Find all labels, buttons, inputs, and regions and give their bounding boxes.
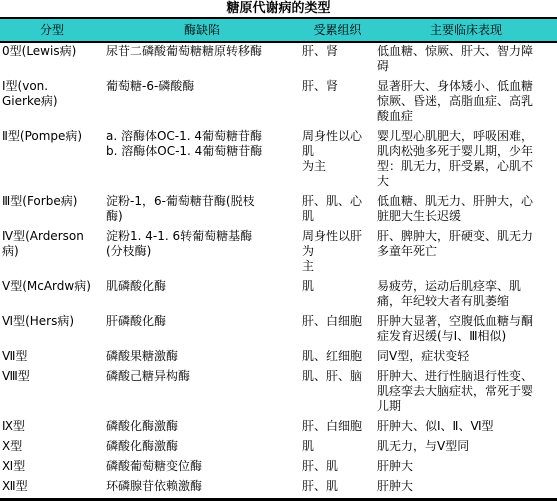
cell-clinical: 显著肝大、身体矮小、低血糖 惊厥、昏迷，高脂血症、高乳 酸血症 xyxy=(375,78,557,128)
cell-tissue: 肝、肾 xyxy=(300,42,375,78)
cell-clinical: 肝肿大、进行性脑退行性变、 肌痉挛去大脑症状，常死于婴 儿期 xyxy=(375,368,557,418)
cell-type: Ⅸ型 xyxy=(0,418,104,438)
cell-enzyme: 磷酸葡萄糖变位酶 xyxy=(104,458,300,478)
cell-tissue: 肌、肝、脑 xyxy=(300,368,375,418)
cell-enzyme: 葡萄糖-6-磷酸酶 xyxy=(104,78,300,128)
table-row: Ⅻ型 环磷腺苷依赖激酶 肝、肌 肝肿大 xyxy=(0,478,557,500)
cell-tissue: 周身性以心肌 为主 xyxy=(300,128,375,193)
cell-type: Ⅵ型(Hers病) xyxy=(0,313,104,348)
cell-tissue: 肝、白细胞 xyxy=(300,313,375,348)
cell-clinical: 肝肿大 xyxy=(375,458,557,478)
table-row: Ⅷ型 磷酸己糖异构酶 肌、肝、脑 肝肿大、进行性脑退行性变、 肌痉挛去大脑症状，… xyxy=(0,368,557,418)
glycogen-disease-table: 分型 酶缺陷 受累组织 主要临床表现 0型(Lewis病) 尿苷二磷酸葡萄糖糖原… xyxy=(0,17,557,501)
page-title: 糖原代谢病的类型 xyxy=(0,0,557,17)
cell-type: Ⅴ型(McArdw病) xyxy=(0,278,104,313)
table-row: Ⅲ型(Forbe病) 淀粉-1，6-葡萄糖苷酶(脱枝 酶) 肝、肌、心肌 低血糖… xyxy=(0,193,557,228)
table-row: Ⅸ型 磷酸化酶激酶 肝、白细胞 肝肿大、似Ⅰ、Ⅱ、Ⅵ型 xyxy=(0,418,557,438)
cell-type: Ⅲ型(Forbe病) xyxy=(0,193,104,228)
cell-clinical: 低血糖、肌无力、肝肿大，心 脏肥大生长迟缓 xyxy=(375,193,557,228)
cell-enzyme: 淀粉-1，6-葡萄糖苷酶(脱枝 酶) xyxy=(104,193,300,228)
cell-clinical: 肝肿大、似Ⅰ、Ⅱ、Ⅵ型 xyxy=(375,418,557,438)
cell-tissue: 肝、白细胞 xyxy=(300,418,375,438)
cell-tissue: 肌 xyxy=(300,278,375,313)
cell-enzyme: 尿苷二磷酸葡萄糖糖原转移酶 xyxy=(104,42,300,78)
cell-enzyme: 磷酸己糖异构酶 xyxy=(104,368,300,418)
cell-type: Ⅷ型 xyxy=(0,368,104,418)
cell-type: Ⅻ型 xyxy=(0,478,104,500)
cell-clinical: 肝、脾肿大，肝硬变、肌无力 多童年死亡 xyxy=(375,228,557,278)
cell-clinical: 同Ⅴ型，症状变轻 xyxy=(375,348,557,368)
cell-clinical: 肝肿大 xyxy=(375,478,557,500)
cell-enzyme: 肌磷酸化酶 xyxy=(104,278,300,313)
cell-enzyme: 磷酸化酶激酶 xyxy=(104,418,300,438)
table-row: 0型(Lewis病) 尿苷二磷酸葡萄糖糖原转移酶 肝、肾 低血糖、惊厥、肝大、智… xyxy=(0,42,557,78)
cell-type: Ⅱ型(Pompe病) xyxy=(0,128,104,193)
table-body: 0型(Lewis病) 尿苷二磷酸葡萄糖糖原转移酶 肝、肾 低血糖、惊厥、肝大、智… xyxy=(0,42,557,500)
cell-clinical: 肌无力，与Ⅴ型同 xyxy=(375,438,557,458)
cell-type: Ⅳ型(Arderson 病) xyxy=(0,228,104,278)
cell-tissue: 肝、肌 xyxy=(300,478,375,500)
cell-type: Ⅹ型 xyxy=(0,438,104,458)
table-row: Ⅰ型(von. Gierke病) 葡萄糖-6-磷酸酶 肝、肾 显著肝大、身体矮小… xyxy=(0,78,557,128)
cell-tissue: 肌、红细胞 xyxy=(300,348,375,368)
table-row: Ⅺ型 磷酸葡萄糖变位酶 肝、肌 肝肿大 xyxy=(0,458,557,478)
cell-enzyme: 磷酸果糖激酶 xyxy=(104,348,300,368)
cell-clinical: 低血糖、惊厥、肝大、智力障 碍 xyxy=(375,42,557,78)
cell-type: Ⅶ型 xyxy=(0,348,104,368)
table-row: Ⅵ型(Hers病) 肝磷酸化酶 肝、白细胞 肝肿大显著，空腹低血糖与酮 症发育迟… xyxy=(0,313,557,348)
cell-clinical: 易疲劳，运动后肌痉挛、肌 痛，年纪较大者有肌萎缩 xyxy=(375,278,557,313)
cell-type: Ⅺ型 xyxy=(0,458,104,478)
col-header-enzyme: 酶缺陷 xyxy=(104,18,300,42)
cell-tissue: 肌 xyxy=(300,438,375,458)
table-row: Ⅶ型 磷酸果糖激酶 肌、红细胞 同Ⅴ型，症状变轻 xyxy=(0,348,557,368)
table-header-row: 分型 酶缺陷 受累组织 主要临床表现 xyxy=(0,18,557,42)
cell-type: Ⅰ型(von. Gierke病) xyxy=(0,78,104,128)
cell-clinical: 肝肿大显著，空腹低血糖与酮 症发育迟缓(与Ⅰ、Ⅲ相似) xyxy=(375,313,557,348)
col-header-type: 分型 xyxy=(0,18,104,42)
col-header-clinical: 主要临床表现 xyxy=(375,18,557,42)
table-row: Ⅹ型 磷酸化酶激酶 肌 肌无力，与Ⅴ型同 xyxy=(0,438,557,458)
table-row: Ⅴ型(McArdw病) 肌磷酸化酶 肌 易疲劳，运动后肌痉挛、肌 痛，年纪较大者… xyxy=(0,278,557,313)
cell-tissue: 肝、肌、心肌 xyxy=(300,193,375,228)
cell-tissue: 周身性以肝为 主 xyxy=(300,228,375,278)
cell-enzyme: 环磷腺苷依赖激酶 xyxy=(104,478,300,500)
cell-tissue: 肝、肾 xyxy=(300,78,375,128)
cell-enzyme: 肝磷酸化酶 xyxy=(104,313,300,348)
table-row: Ⅱ型(Pompe病) a. 溶酶体OC-1. 4葡萄糖苷酶 b. 溶酶体OC-1… xyxy=(0,128,557,193)
cell-enzyme: 磷酸化酶激酶 xyxy=(104,438,300,458)
cell-tissue: 肝、肌 xyxy=(300,458,375,478)
cell-clinical: 婴儿型心肌肥大，呼吸困难， 肌肉松弛多死于婴儿期，少年 型：肌无力，肝受累，心肌… xyxy=(375,128,557,193)
cell-enzyme: 淀粉1. 4-1. 6转葡萄糖基酶 (分枝酶) xyxy=(104,228,300,278)
table-row: Ⅳ型(Arderson 病) 淀粉1. 4-1. 6转葡萄糖基酶 (分枝酶) 周… xyxy=(0,228,557,278)
cell-type: 0型(Lewis病) xyxy=(0,42,104,78)
cell-enzyme: a. 溶酶体OC-1. 4葡萄糖苷酶 b. 溶酶体OC-1. 4葡萄糖苷酶 xyxy=(104,128,300,193)
page: 糖原代谢病的类型 分型 酶缺陷 受累组织 主要临床表现 0型(Lewis病) 尿… xyxy=(0,0,557,501)
col-header-tissue: 受累组织 xyxy=(300,18,375,42)
